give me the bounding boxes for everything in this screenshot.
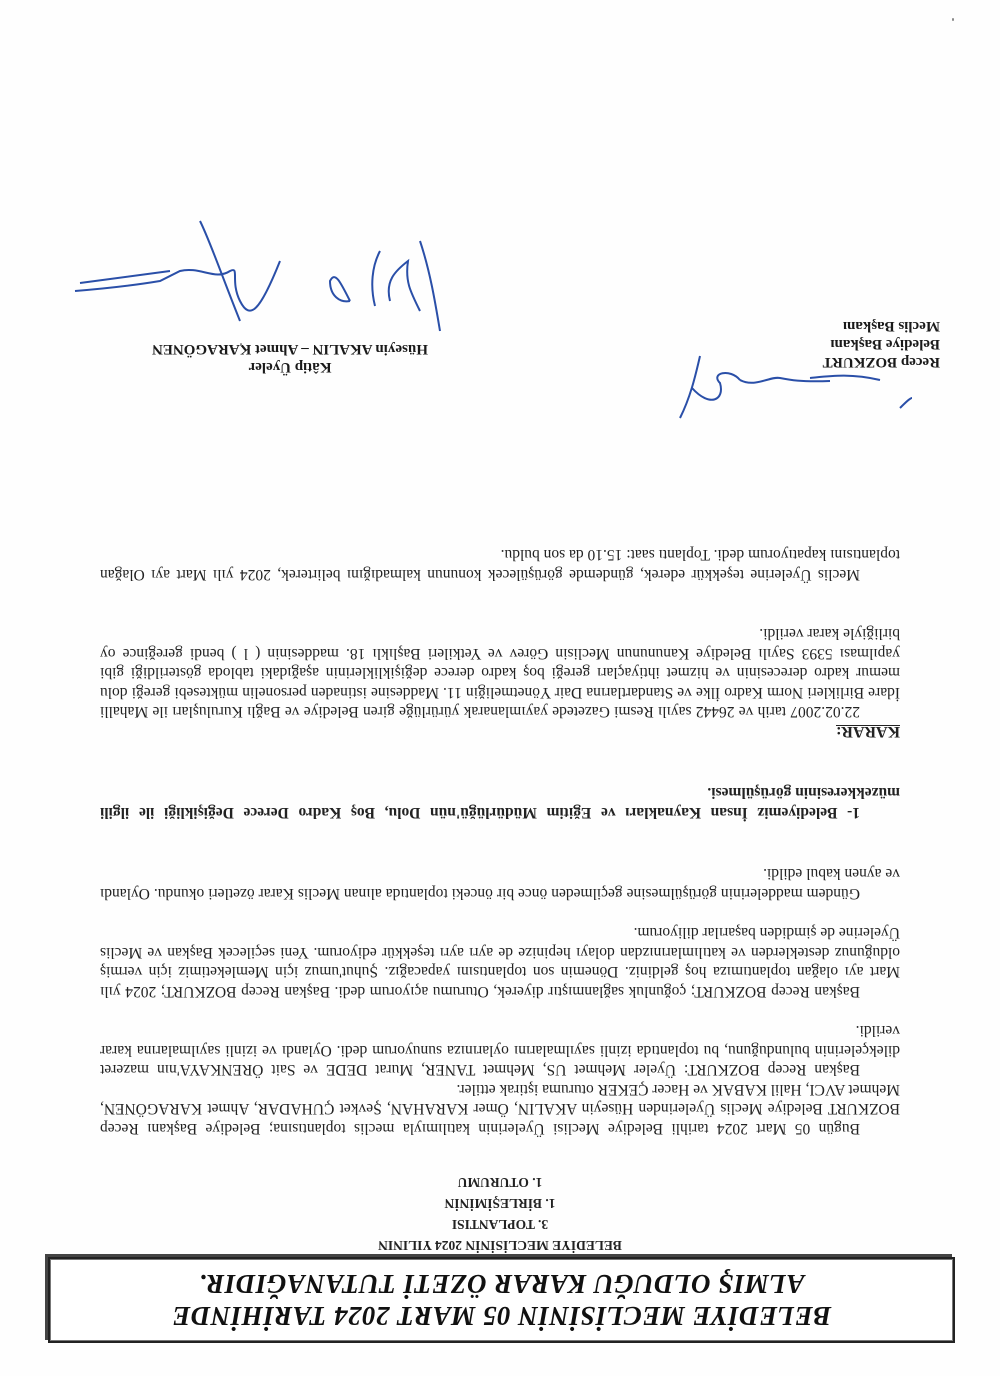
paragraph-attendance: Bugün 05 Mart 2024 tarihli Belediye Mecl… bbox=[100, 1080, 900, 1139]
president-title-council: Meclis Başkanı bbox=[720, 317, 940, 335]
decision-text: 22.02.2007 tarih ve 26442 sayılı Resmi G… bbox=[100, 624, 900, 722]
scanned-document-page: BELEDİYE MECLİSİNİN 05 MART 2024 TARİHİN… bbox=[0, 0, 1000, 1376]
agenda-item-1-heading: 1- Belediyemiz İnsan Kaynakları ve Eğiti… bbox=[100, 783, 900, 822]
document-title-line-1: BELEDİYE MECLİSİNİN 05 MART 2024 TARİHİN… bbox=[172, 1300, 831, 1332]
subheading-year: BELEDİYE MECLİSİNİN 2024 YILININ bbox=[0, 1235, 1000, 1256]
scan-speck bbox=[952, 18, 954, 21]
paragraph-previous-minutes: Gündem maddelerinin görüşülmesine geçilm… bbox=[100, 864, 900, 903]
scan-speck bbox=[240, 343, 242, 346]
clerk-signatures-icon bbox=[70, 211, 480, 341]
clerk-heading: Kâtip Üyeler bbox=[80, 358, 500, 376]
president-signature-icon bbox=[670, 348, 940, 428]
subheading-meeting: 3. TOPLANTISI bbox=[0, 1214, 1000, 1235]
document-title-line-2: ALMIŞ OLDUĞU KARAR ÖZETİ TUTANAĞIDIR. bbox=[199, 1268, 805, 1300]
document-body: Bugün 05 Mart 2024 tarihli Belediye Mecl… bbox=[100, 545, 900, 1138]
subheading-sitting: 1. OTURUMU bbox=[0, 1172, 1000, 1193]
decision-label: KARAR: bbox=[836, 722, 900, 742]
document-title-box: BELEDİYE MECLİSİNİN 05 MART 2024 TARİHİN… bbox=[48, 1257, 955, 1343]
clerk-signature-block: Kâtip Üyeler Hüseyin AKALIN – Ahmet KARA… bbox=[80, 340, 500, 376]
subheading-session: 1. BİRLEŞİMİNİN bbox=[0, 1193, 1000, 1214]
paragraph-opening-speech: Başkan Recep BOZKURT; çoğunluk sağlanmış… bbox=[100, 923, 900, 1001]
paragraph-excused-members: Başkan Recep BOZKURT: Üyeler Mehmet US, … bbox=[100, 1021, 900, 1080]
clerk-names: Hüseyin AKALIN – Ahmet KARAGÖNEN bbox=[80, 340, 500, 358]
paragraph-closing: Meclis Üyelerine teşekkür ederek, gündem… bbox=[100, 545, 900, 584]
